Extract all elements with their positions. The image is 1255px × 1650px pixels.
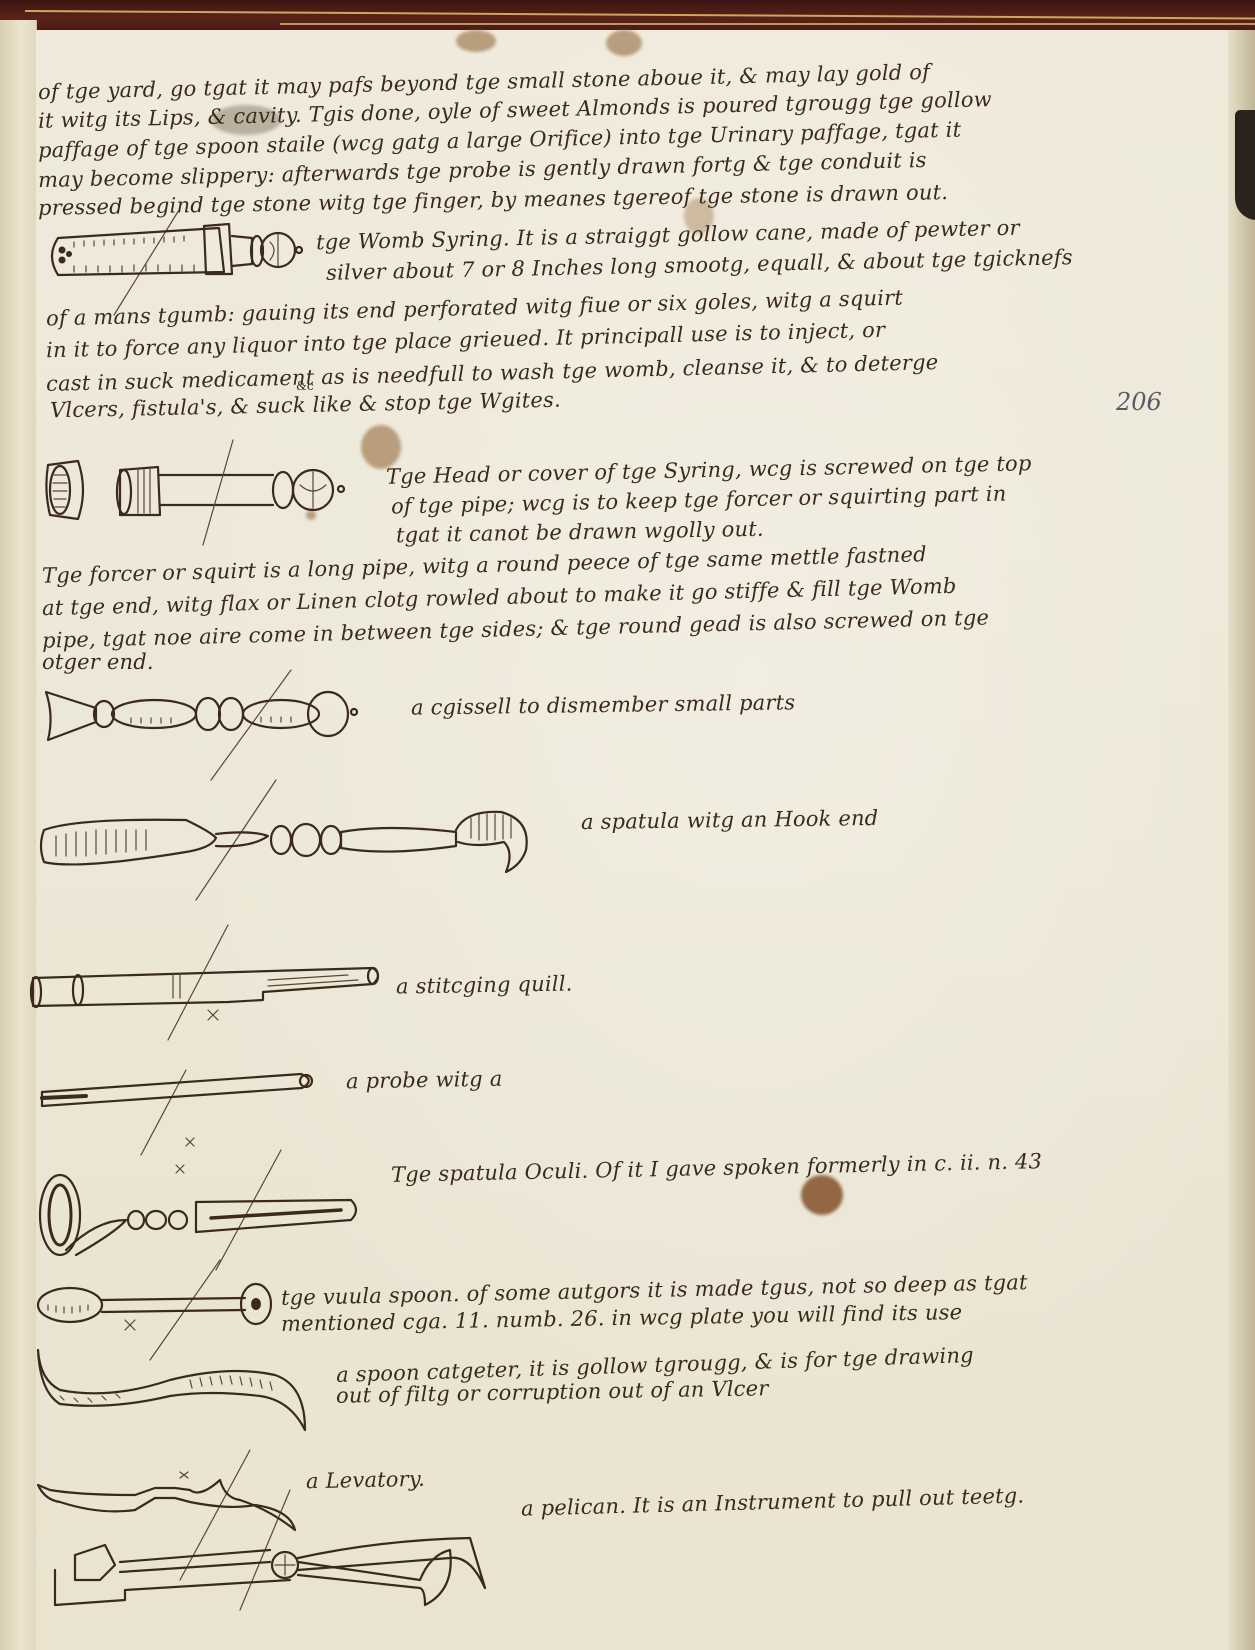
spatula-hook-label: a spatula witg an Hook end — [581, 808, 879, 833]
spoon-catheter-drawing — [30, 1340, 330, 1440]
pelican-label: a pelican. It is an Instrument to pull o… — [521, 1485, 1025, 1519]
syringe-head-drawing — [38, 445, 378, 535]
probe-label: a probe witg a — [346, 1069, 503, 1093]
folio-number: 206 — [1116, 388, 1162, 416]
womb-syringe-caption: silver about 7 or 8 Inches long smootg, … — [326, 247, 1073, 284]
text-line: Vlcers, fistula's, & suck like & stop tg… — [50, 390, 561, 422]
ink-blot — [801, 1175, 843, 1215]
stain — [606, 30, 642, 56]
syringe-head-caption: tgat it canot be drawn wgolly out. — [396, 519, 764, 546]
insertion-mark: &c — [296, 380, 314, 392]
spoon-catheter-label: out of filtg or corruption out of an Vlc… — [336, 1378, 769, 1407]
right-page-edge — [1227, 30, 1255, 1650]
gilt-line — [25, 10, 1255, 20]
chisel-drawing — [36, 680, 396, 760]
stitching-quill-drawing — [28, 930, 408, 1040]
spatula-oculi-label: Tge spatula Oculi. Of it I gave spoken f… — [391, 1151, 1042, 1186]
book-binding-top — [0, 0, 1255, 30]
spatula-hook-drawing — [36, 790, 556, 890]
womb-syringe-drawing — [44, 220, 304, 290]
stitching-quill-label: a stitcging quill. — [396, 973, 573, 997]
uvula-spoon-drawing — [30, 1280, 290, 1340]
binding-clasp — [1235, 110, 1255, 220]
gilt-line — [280, 23, 1255, 25]
manuscript-page: of tge yard, go tgat it may pafs beyond … — [36, 30, 1228, 1650]
chisel-label: a cgissell to dismember small parts — [411, 692, 796, 718]
text-line: otger end. — [42, 652, 154, 673]
levatory-label: a Levatory. — [306, 1469, 425, 1492]
stain — [456, 30, 496, 52]
levatory-and-pelican-drawing — [30, 1440, 530, 1630]
spatula-oculi-drawing — [36, 1160, 376, 1270]
probe-drawing — [36, 1070, 356, 1150]
syringe-head-caption: of tge pipe; wcg is to keep tge forcer o… — [391, 484, 1007, 518]
